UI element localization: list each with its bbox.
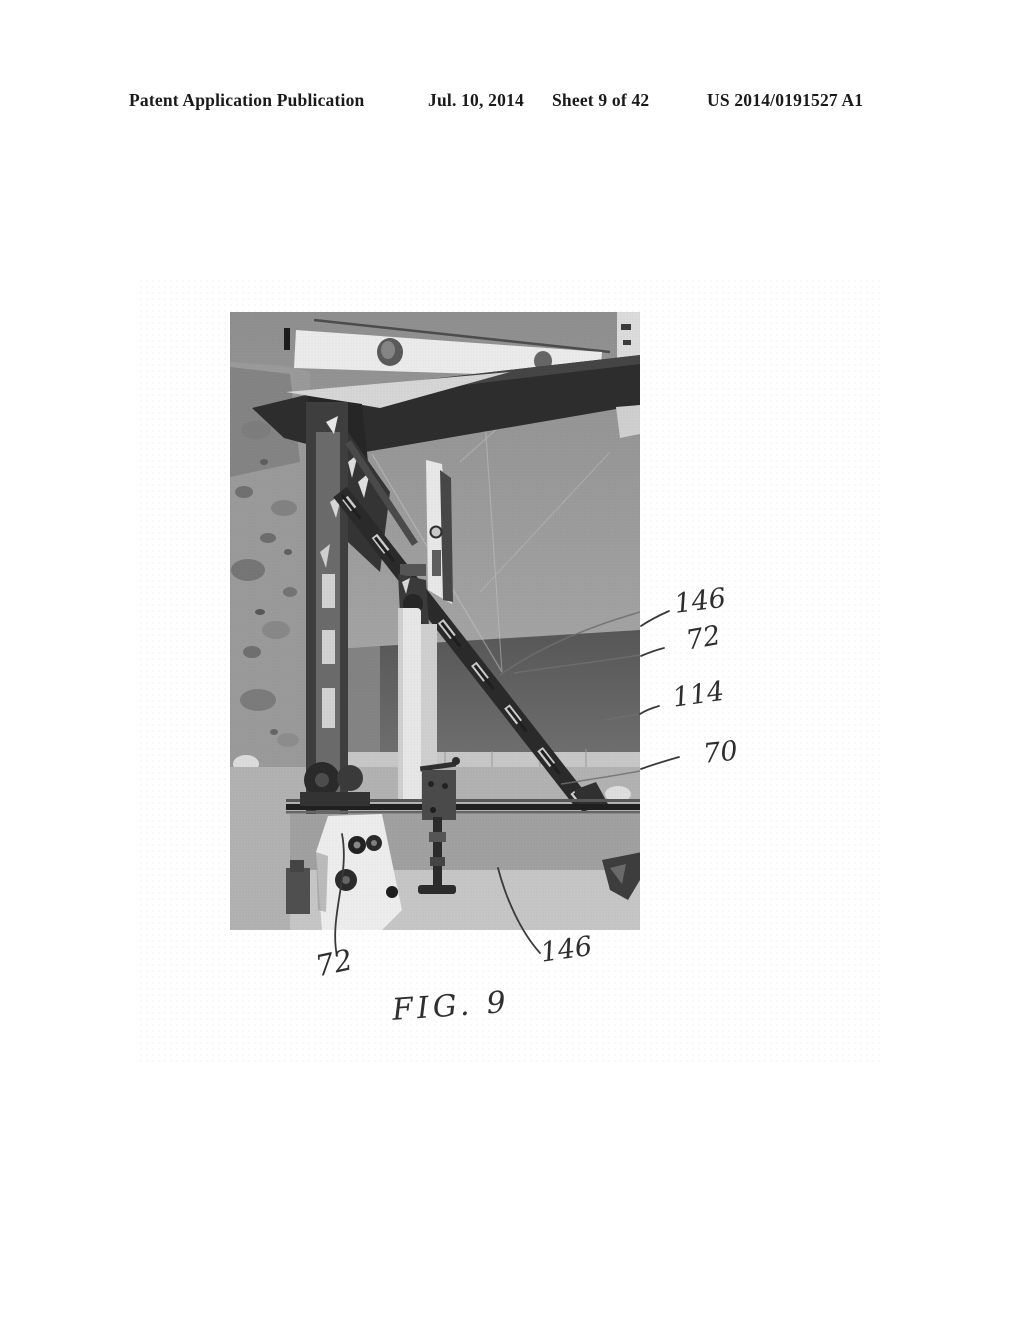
header-publication: Patent Application Publication	[129, 90, 364, 111]
photo-halftone-overlay	[230, 312, 640, 930]
ref-label-72-bottom: 72	[313, 945, 355, 981]
page-header: Patent Application Publication Jul. 10, …	[0, 90, 1024, 114]
figure-photo	[230, 312, 640, 930]
ref-label-146-bottom: 146	[539, 933, 594, 967]
ref-label-146-top: 146	[673, 585, 727, 618]
ref-label-72-top: 72	[684, 622, 723, 655]
header-patent-number: US 2014/0191527 A1	[707, 90, 863, 111]
patent-sheet-page: Patent Application Publication Jul. 10, …	[0, 0, 1024, 1320]
header-sheet-number: Sheet 9 of 42	[552, 90, 649, 111]
ref-label-114: 114	[671, 678, 726, 712]
ref-label-70: 70	[702, 737, 739, 767]
header-date: Jul. 10, 2014	[428, 90, 524, 111]
